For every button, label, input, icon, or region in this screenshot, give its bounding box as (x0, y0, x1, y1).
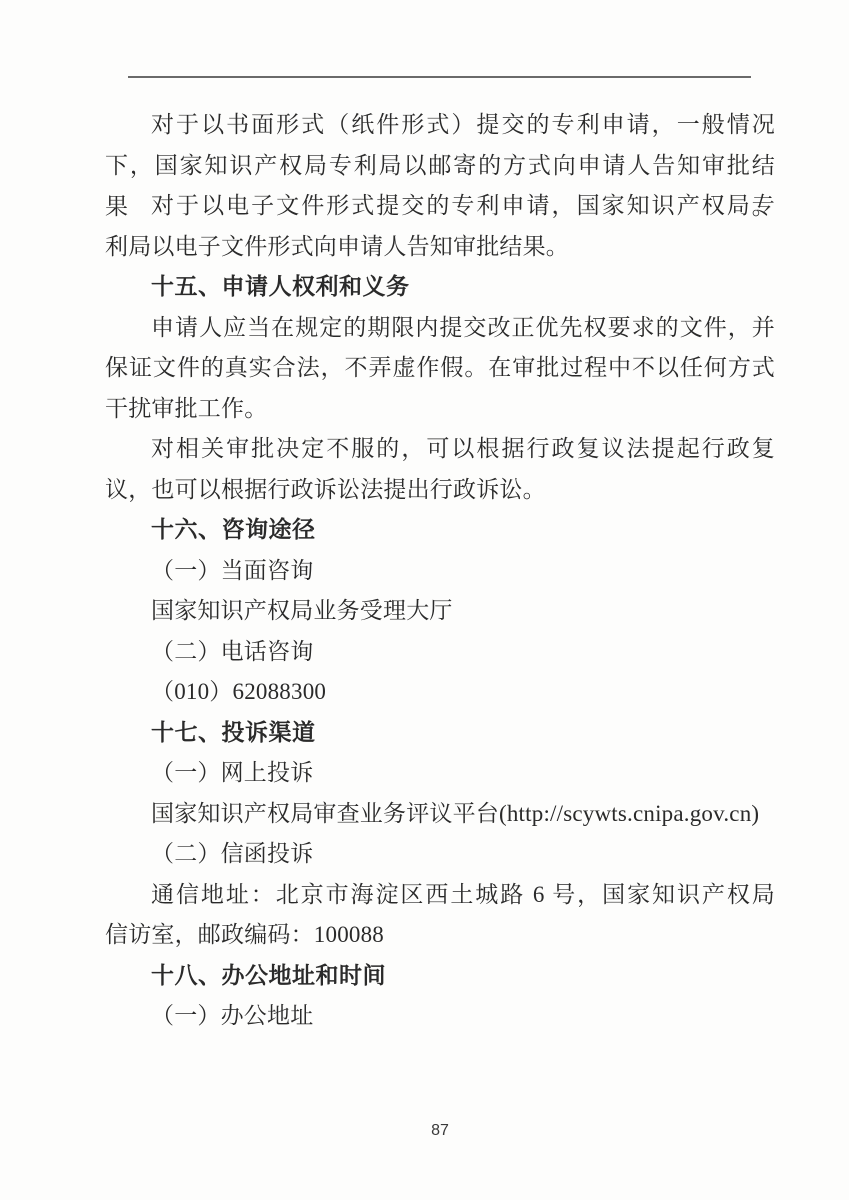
text-line: 国家知识产权局审查业务评议平台(http://scywts.cnipa.gov.… (105, 793, 775, 834)
text-line: 信访室，邮政编码：100088 (105, 914, 775, 955)
text-line: 申请人应当在规定的期限内提交改正优先权要求的文件，并 (105, 307, 775, 348)
section-heading: 十五、申请人权利和义务 (105, 266, 775, 307)
text-line: 对于以电子文件形式提交的专利申请，国家知识产权局专 (105, 185, 775, 226)
text-line: 议，也可以根据行政诉讼法提出行政诉讼。 (105, 469, 775, 510)
text-line: 通信地址：北京市海淀区西土城路 6 号，国家知识产权局 (105, 874, 775, 915)
text-line: 对相关审批决定不服的，可以根据行政复议法提起行政复 (105, 428, 775, 469)
header-rule (128, 76, 751, 78)
text-line: 国家知识产权局业务受理大厅 (105, 590, 775, 631)
page-number: 87 (105, 1121, 775, 1141)
document-page: 对于以书面形式（纸件形式）提交的专利申请，一般情况下，国家知识产权局专利局以邮寄… (0, 0, 849, 1200)
text-line: 对于以书面形式（纸件形式）提交的专利申请，一般情况 (105, 104, 775, 145)
section-heading: 十六、咨询途径 (105, 509, 775, 550)
section-heading: 十七、投诉渠道 (105, 712, 775, 753)
text-line: （二）信函投诉 (105, 833, 775, 874)
text-line: （一）网上投诉 (105, 752, 775, 793)
text-line: （二）电话咨询 (105, 631, 775, 672)
section-heading: 十八、办公地址和时间 (105, 955, 775, 996)
text-line: 利局以电子文件形式向申请人告知审批结果。 (105, 226, 775, 267)
text-line: （010）62088300 (105, 671, 775, 712)
text-line: 下，国家知识产权局专利局以邮寄的方式向申请人告知审批结果。 (105, 145, 775, 186)
text-line: （一）当面咨询 (105, 550, 775, 591)
text-line: 干扰审批工作。 (105, 388, 775, 429)
text-line: （一）办公地址 (105, 995, 775, 1036)
text-line: 保证文件的真实合法，不弄虚作假。在审批过程中不以任何方式 (105, 347, 775, 388)
